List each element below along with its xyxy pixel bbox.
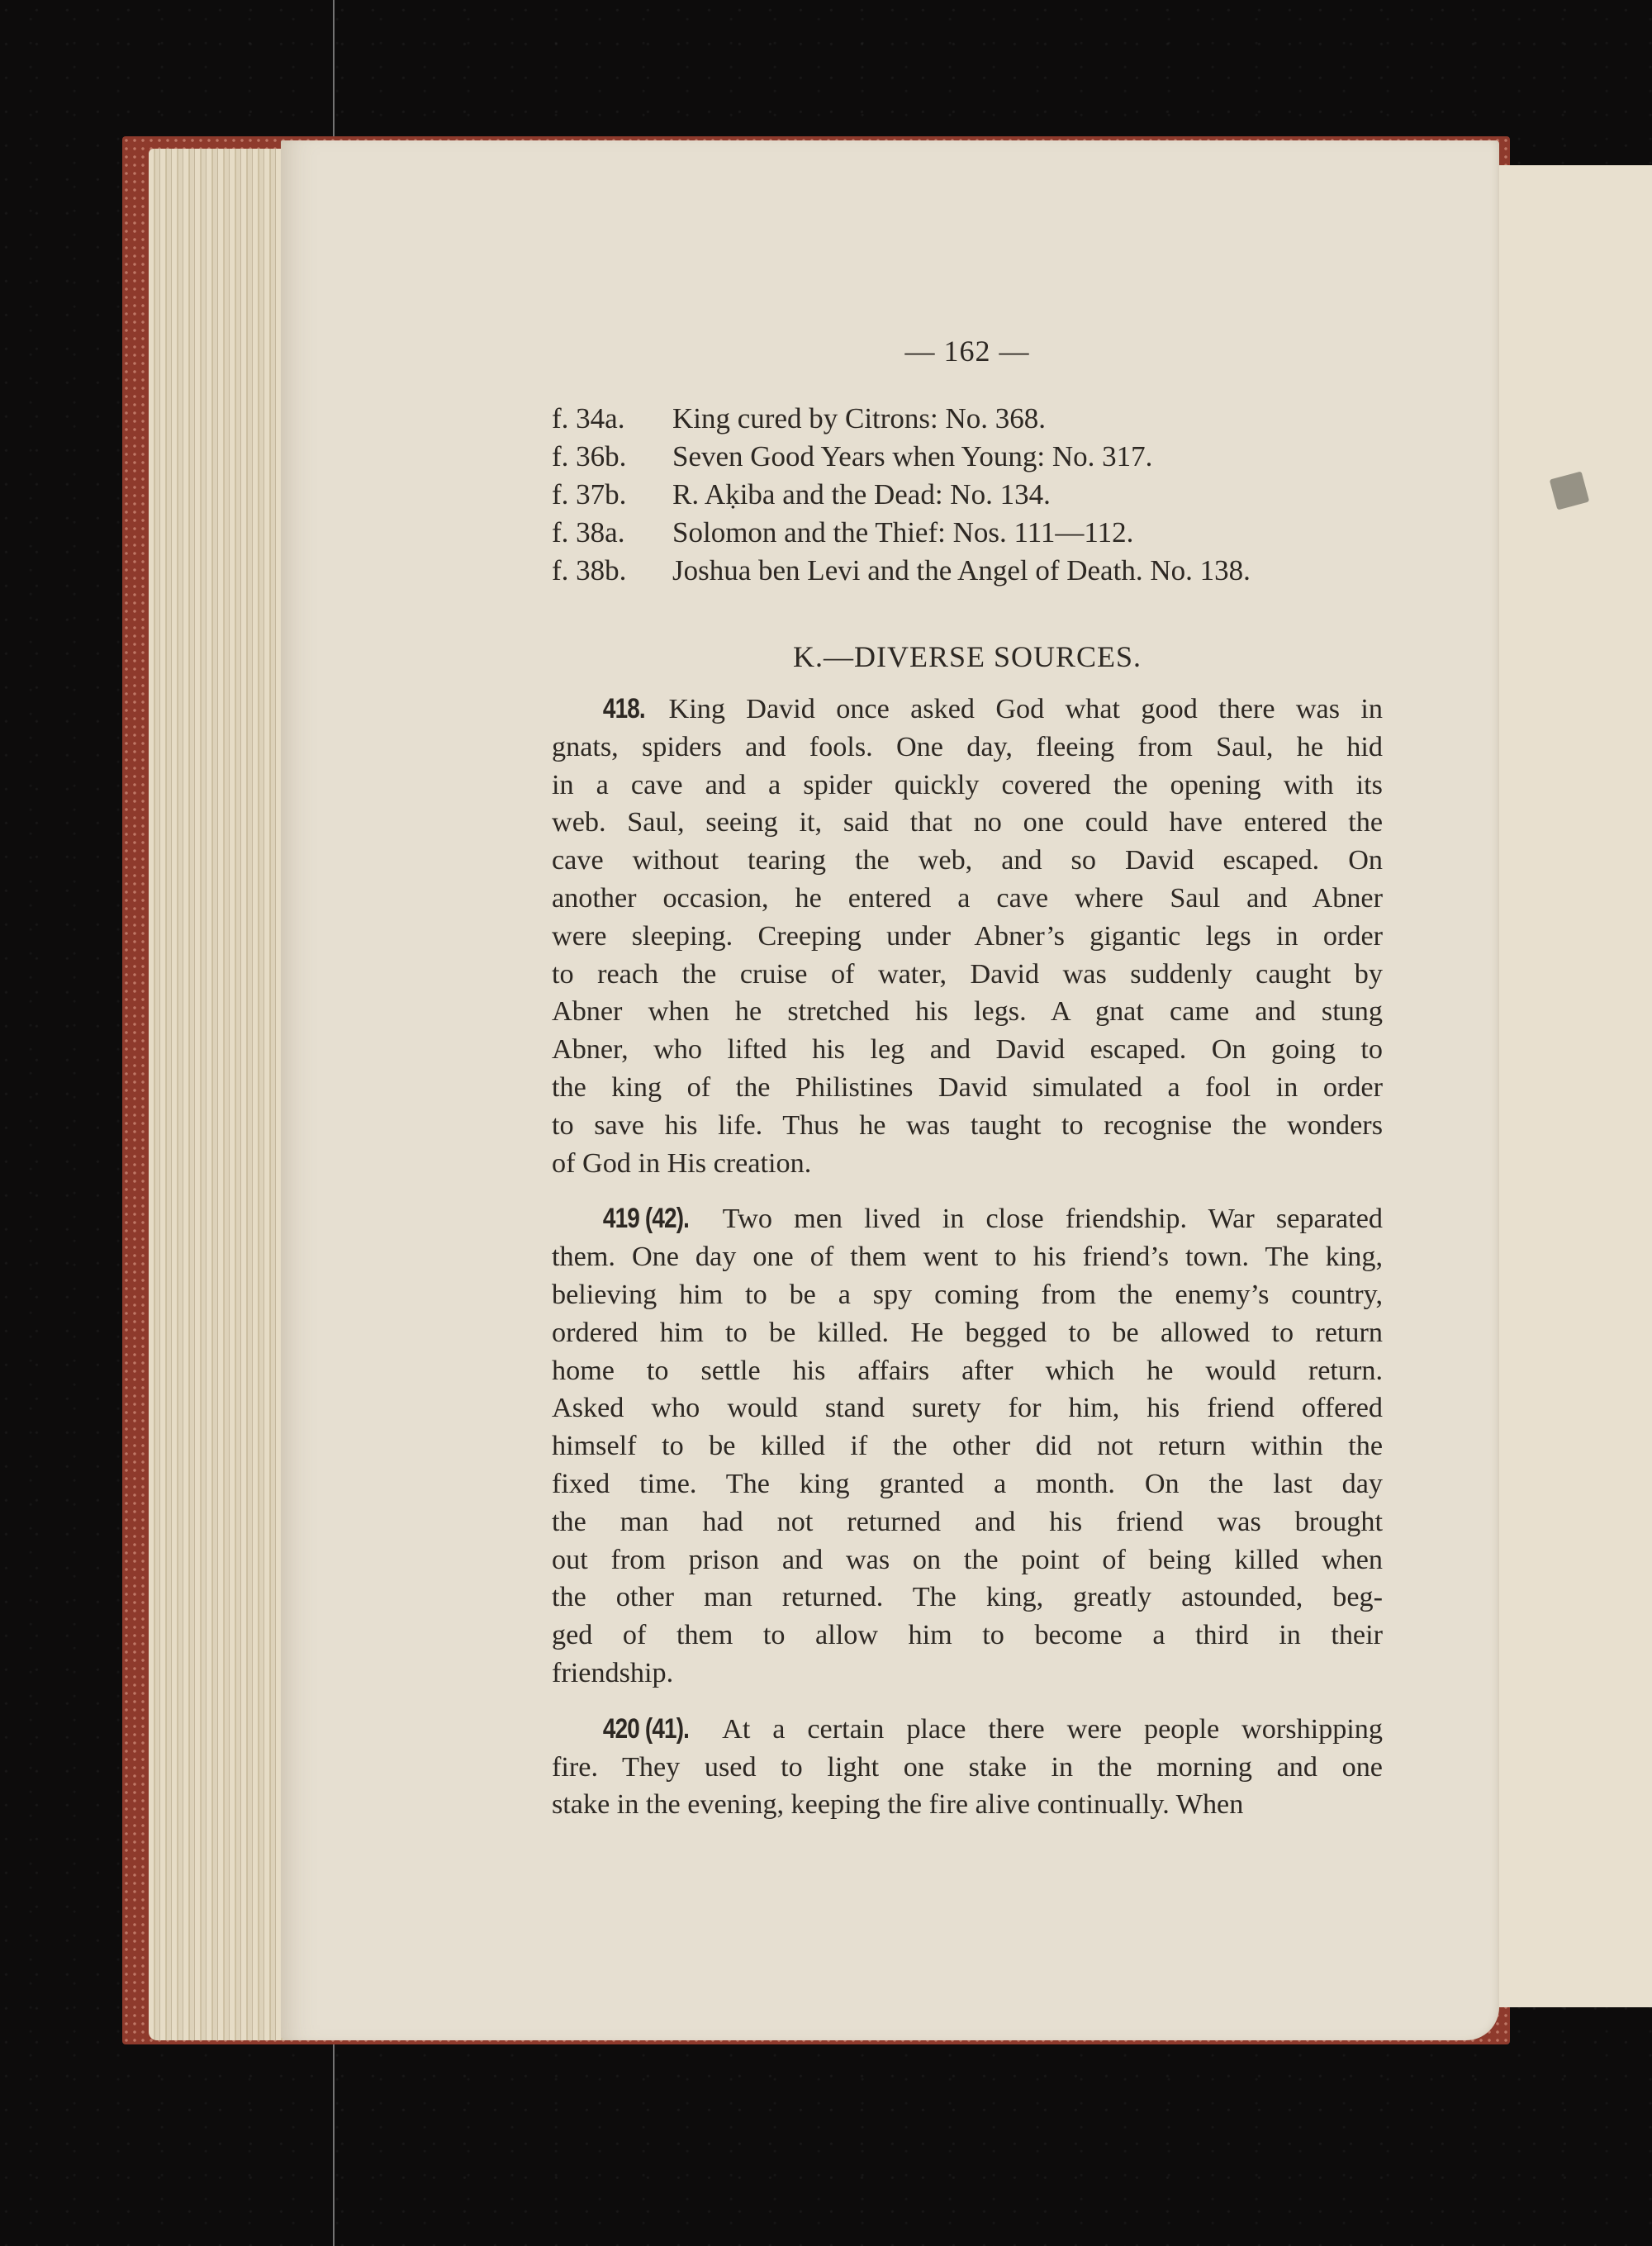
text-line: cave without tearing the web, and so Dav…	[552, 842, 1383, 880]
text-line: the king of the Philistines David simula…	[552, 1069, 1383, 1107]
text-line: the other man returned. The king, greatl…	[552, 1579, 1383, 1617]
folio-reference: f. 37b.	[552, 476, 672, 514]
entry-number: 418.	[580, 691, 645, 729]
text-line: to save his life. Thus he was taught to …	[552, 1107, 1383, 1145]
text-line: 419 (42). Two men lived in close friends…	[552, 1200, 1383, 1238]
text-line: another occasion, he entered a cave wher…	[552, 880, 1383, 918]
reference-text: King cured by Citrons: No. 368.	[672, 402, 1046, 434]
entry-420: 420 (41). At a certain place there were …	[552, 1711, 1383, 1824]
text-line: gnats, spiders and fools. One day, fleei…	[552, 729, 1383, 767]
reference-text: Seven Good Years when Young: No. 317.	[672, 440, 1152, 472]
text-line: home to settle his affairs after which h…	[552, 1352, 1383, 1390]
entry-419: 419 (42). Two men lived in close friends…	[552, 1200, 1383, 1692]
text-line: fire. They used to light one stake in th…	[552, 1749, 1383, 1787]
reference-line: f. 36b.Seven Good Years when Young: No. …	[552, 438, 1383, 476]
text-line: 420 (41). At a certain place there were …	[552, 1711, 1383, 1749]
page-number: — 162 —	[552, 330, 1383, 388]
reference-line: f. 38a.Solomon and the Thief: Nos. 111—1…	[552, 514, 1383, 552]
text-line: Abner, who lifted his leg and David esca…	[552, 1031, 1383, 1069]
text-line: to reach the cruise of water, David was …	[552, 956, 1383, 994]
text-line: of God in His creation.	[552, 1145, 1383, 1183]
text-line: out from prison and was on the point of …	[552, 1541, 1383, 1579]
text-line: ged of them to allow him to become a thi…	[552, 1617, 1383, 1655]
reference-line: f. 34a.King cured by Citrons: No. 368.	[552, 400, 1383, 438]
text-line: believing him to be a spy coming from th…	[552, 1276, 1383, 1314]
page-edge-stack	[149, 149, 289, 2040]
text-line: Abner when he stretched his legs. A gnat…	[552, 993, 1383, 1031]
reference-text: R. Aḳiba and the Dead: No. 134.	[672, 478, 1051, 510]
text-line: the man had not returned and his friend …	[552, 1503, 1383, 1541]
entry-number: 420 (41).	[580, 1711, 689, 1749]
text-line: web. Saul, seeing it, said that no one c…	[552, 804, 1383, 842]
folio-reference: f. 36b.	[552, 438, 672, 476]
text-line: himself to be killed if the other did no…	[552, 1427, 1383, 1465]
text-line: stake in the evening, keeping the fire a…	[552, 1786, 1383, 1824]
folio-reference: f. 34a.	[552, 400, 672, 438]
entry-418: 418. King David once asked God what good…	[552, 691, 1383, 1182]
folio-reference: f. 38a.	[552, 514, 672, 552]
text-line: Asked who would stand surety for him, hi…	[552, 1389, 1383, 1427]
reference-line: f. 38b.Joshua ben Levi and the Angel of …	[552, 552, 1383, 590]
reference-line: f. 37b.R. Aḳiba and the Dead: No. 134.	[552, 476, 1383, 514]
text-line: 418. King David once asked God what good…	[552, 691, 1383, 729]
text-line: ordered him to be killed. He begged to b…	[552, 1314, 1383, 1352]
section-heading: K.—DIVERSE SOURCES.	[552, 638, 1383, 676]
text-line: were sleeping. Creeping under Abner’s gi…	[552, 918, 1383, 956]
text-line: friendship.	[552, 1655, 1383, 1693]
text-line: in a cave and a spider quickly covered t…	[552, 767, 1383, 805]
reference-text: Joshua ben Levi and the Angel of Death. …	[672, 554, 1251, 586]
folio-reference: f. 38b.	[552, 552, 672, 590]
reference-list: f. 34a.King cured by Citrons: No. 368. f…	[552, 400, 1383, 590]
reference-text: Solomon and the Thief: Nos. 111—112.	[672, 516, 1133, 548]
text-line: them. One day one of them went to his fr…	[552, 1238, 1383, 1276]
entry-number: 419 (42).	[580, 1200, 689, 1238]
text-line: fixed time. The king granted a month. On…	[552, 1465, 1383, 1503]
facing-page-edge	[1497, 165, 1652, 2007]
page-text: — 162 — f. 34a.King cured by Citrons: No…	[552, 330, 1383, 1842]
